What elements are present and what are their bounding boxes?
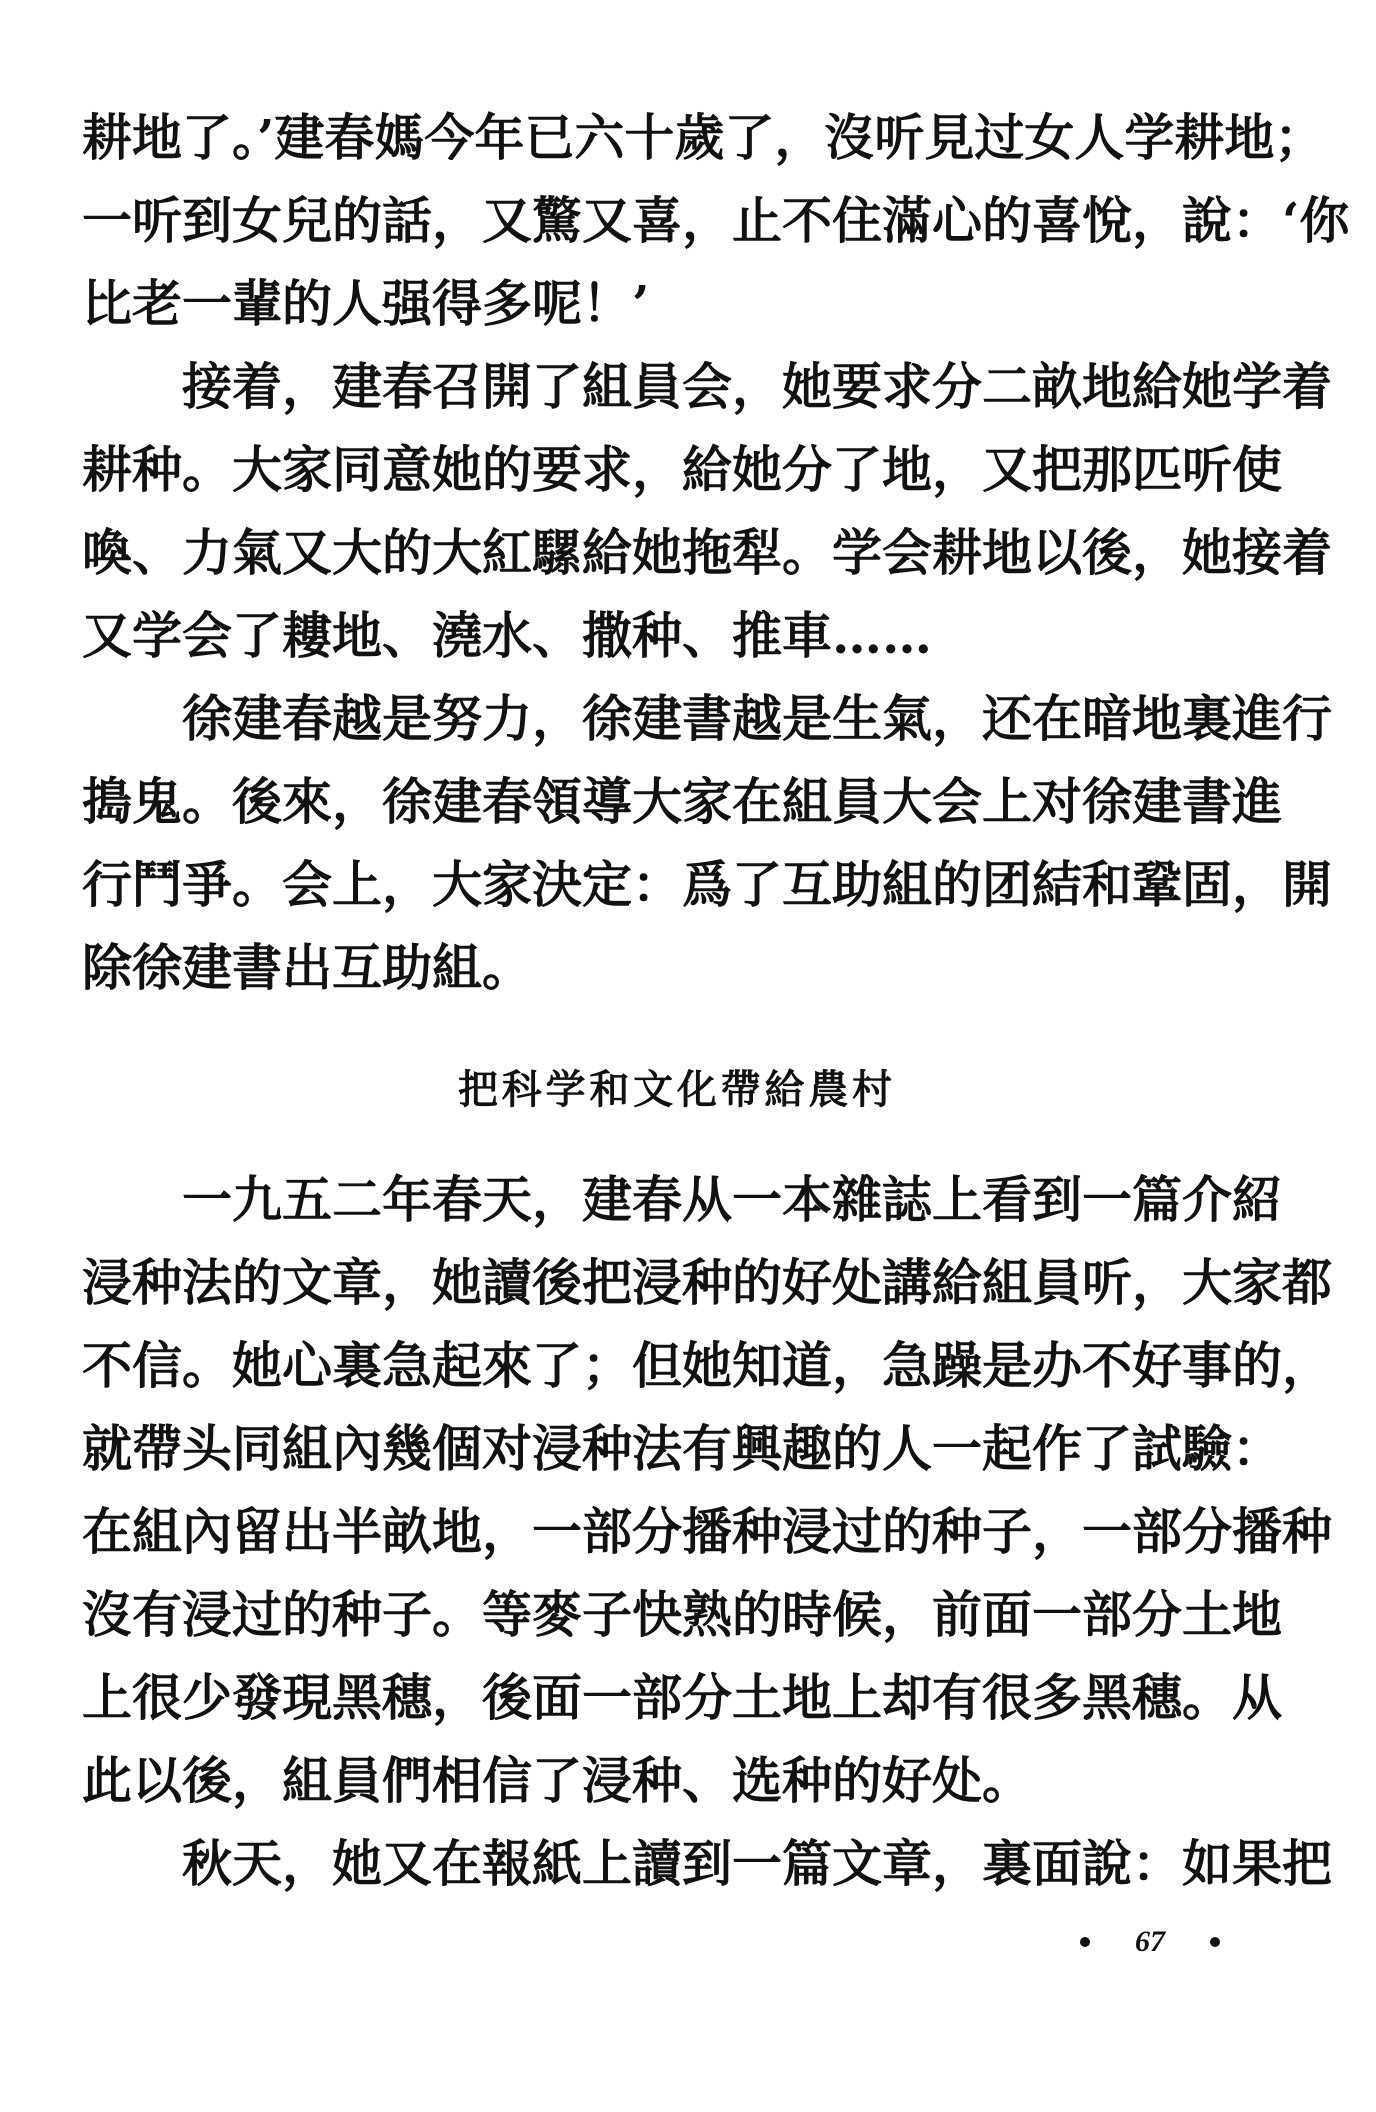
page-number: 67 (1080, 1924, 1220, 1960)
page-number-value: 67 (1135, 1925, 1165, 1959)
text-line: 除徐建書出互助組。 (82, 938, 1265, 998)
text-line: 沒有浸过的种子。等麥子快熟的時候，前面一部分土地 (82, 1585, 1265, 1645)
bullet-dot-icon (1080, 1937, 1090, 1947)
text-line: 喚、力氣又大的大紅騾給她拖犁。学会耕地以後，她接着 (82, 523, 1265, 583)
text-line: 上很少發現黑穗，後面一部分土地上却有很多黑穗。从 (82, 1668, 1265, 1728)
text-line: 搗鬼。後來，徐建春領導大家在組員大会上对徐建書進 (82, 772, 1265, 832)
text-line: 接着，建春召開了組員会，她要求分二畝地給她学着 (182, 357, 1265, 417)
text-line: 不信。她心裏急起來了；但她知道，急躁是办不好事的， (82, 1336, 1265, 1396)
bullet-dot-icon (1210, 1937, 1220, 1947)
text-line: 又学会了耬地、澆水、撒种、推車…… (82, 606, 1265, 666)
text-line: 行鬥爭。会上，大家決定：爲了互助組的团結和鞏固，開 (82, 855, 1265, 915)
text-line: 此以後，組員們相信了浸种、选种的好处。 (82, 1751, 1265, 1811)
text-line: 徐建春越是努力，徐建書越是生氣，还在暗地裏進行 (182, 689, 1265, 749)
text-line: 在組內留出半畝地，一部分播种浸过的种子，一部分播种 (82, 1502, 1265, 1562)
section-heading: 把科学和文化帶給農村 (458, 1064, 892, 1116)
text-line: 耕种。大家同意她的要求，給她分了地，又把那匹听使 (82, 440, 1265, 500)
text-line: 一九五二年春天，建春从一本雜誌上看到一篇介紹 (182, 1170, 1265, 1230)
text-line: 就帶头同組內幾個对浸种法有興趣的人一起作了試驗： (82, 1419, 1265, 1479)
text-line: 一听到女兒的話，又驚又喜，止不住滿心的喜悅，說：‘你 (82, 191, 1265, 251)
book-page: 耕地了。’建春媽今年已六十歲了，沒听見过女人学耕地； 一听到女兒的話，又驚又喜，… (0, 0, 1376, 2112)
text-line: 浸种法的文章，她讀後把浸种的好处講給組員听，大家都 (82, 1253, 1265, 1313)
text-line: 比老一輩的人强得多呢！’ (82, 274, 1265, 334)
text-line: 耕地了。’建春媽今年已六十歲了，沒听見过女人学耕地； (82, 108, 1265, 168)
text-line: 秋天，她又在報紙上讀到一篇文章，裏面說：如果把 (182, 1834, 1265, 1894)
